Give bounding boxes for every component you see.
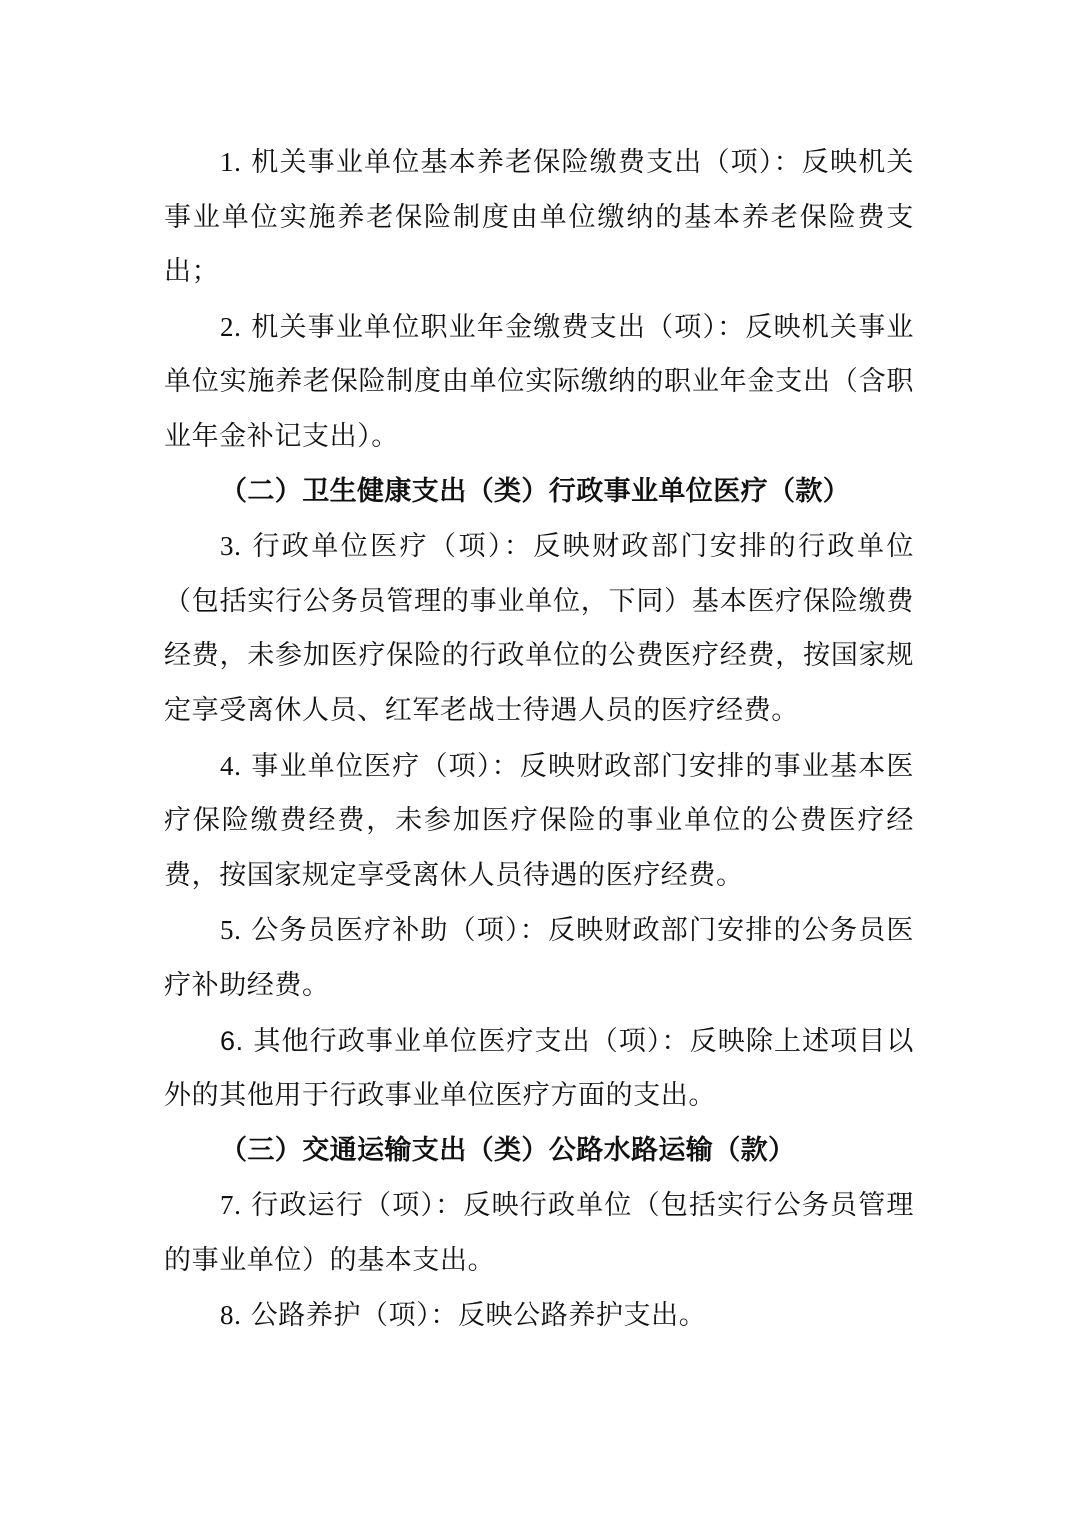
item-text: 行政运行（项）：反映行政单位（包括实行公务员管理的事业单位）的基本支出。 <box>164 1190 914 1276</box>
item-number: 8. <box>220 1300 241 1330</box>
item-text: 事业单位医疗（项）：反映财政部门安排的事业基本医疗保险缴费经费，未参加医疗保险的… <box>164 751 914 891</box>
item-text: 其他行政事业单位医疗支出（项）：反映除上述项目以外的其他用于行政事业单位医疗方面… <box>164 1026 914 1112</box>
item-text: 机关事业单位职业年金缴费支出（项）：反映机关事业单位实施养老保险制度由单位实际缴… <box>164 312 914 452</box>
paragraph-item-8: 8. 公路养护（项）：反映公路养护支出。 <box>164 1288 914 1344</box>
paragraph-item-2: 2. 机关事业单位职业年金缴费支出（项）：反映机关事业单位实施养老保险制度由单位… <box>164 300 914 465</box>
item-number: 3. <box>220 531 241 561</box>
item-text: 行政单位医疗（项）：反映财政部门安排的行政单位（包括实行公务员管理的事业单位，下… <box>164 531 914 726</box>
item-text: 公路养护（项）：反映公路养护支出。 <box>251 1300 707 1331</box>
paragraph-item-1: 1. 机关事业单位基本养老保险缴费支出（项）：反映机关事业单位实施养老保险制度由… <box>164 135 914 300</box>
document-page: 1. 机关事业单位基本养老保险缴费支出（项）：反映机关事业单位实施养老保险制度由… <box>164 135 914 1344</box>
item-number: 6. <box>220 1026 244 1056</box>
item-text: 机关事业单位基本养老保险缴费支出（项）：反映机关事业单位实施养老保险制度由单位缴… <box>164 147 914 287</box>
paragraph-item-6: 6. 其他行政事业单位医疗支出（项）：反映除上述项目以外的其他用于行政事业单位医… <box>164 1014 914 1124</box>
paragraph-item-4: 4. 事业单位医疗（项）：反映财政部门安排的事业基本医疗保险缴费经费，未参加医疗… <box>164 739 914 904</box>
section-heading-transport: （三）交通运输支出（类）公路水路运输（款） <box>164 1124 914 1179</box>
item-number: 5. <box>220 915 241 945</box>
section-heading-health: （二）卫生健康支出（类）行政事业单位医疗（款） <box>164 465 914 520</box>
item-number: 7. <box>220 1190 241 1220</box>
item-number: 1. <box>220 147 241 177</box>
item-text: 公务员医疗补助（项）：反映财政部门安排的公务员医疗补助经费。 <box>164 915 914 1001</box>
paragraph-item-5: 5. 公务员医疗补助（项）：反映财政部门安排的公务员医疗补助经费。 <box>164 903 914 1013</box>
paragraph-item-3: 3. 行政单位医疗（项）：反映财政部门安排的行政单位（包括实行公务员管理的事业单… <box>164 519 914 738</box>
item-number: 4. <box>220 751 241 781</box>
item-number: 2. <box>220 312 241 342</box>
paragraph-item-7: 7. 行政运行（项）：反映行政单位（包括实行公务员管理的事业单位）的基本支出。 <box>164 1178 914 1288</box>
